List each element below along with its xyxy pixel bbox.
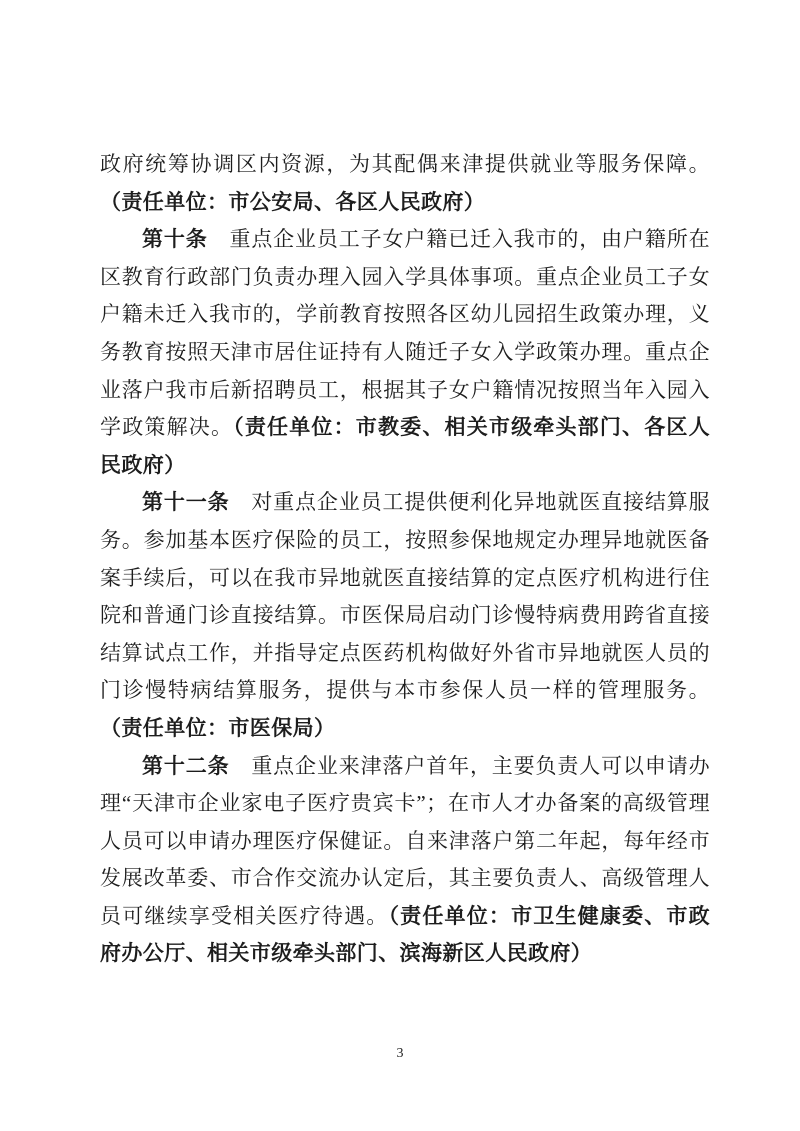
text-segment-body: 政府统筹协调区内资源，为其配偶来津提供就业等服务保障。 — [100, 152, 710, 176]
paragraph: 政府统筹协调区内资源，为其配偶来津提供就业等服务保障。（责任单位：市公安局、各区… — [100, 146, 710, 221]
text-segment-body: 重点企业员工子女户籍已迁入我市的，由户籍所在区教育行政部门负责办理入园入学具体事… — [100, 227, 710, 439]
text-segment-heading: 第十条 — [142, 227, 208, 251]
text-segment-heading: 第十一条 — [142, 490, 229, 514]
text-segment-heading: 第十二条 — [142, 754, 229, 778]
paragraph: 第十一条 对重点企业员工提供便利化异地就医直接结算服务。参加基本医疗保险的员工，… — [100, 484, 710, 747]
paragraph: 第十条 重点企业员工子女户籍已迁入我市的，由户籍所在区教育行政部门负责办理入园入… — [100, 221, 710, 484]
document-page: 政府统筹协调区内资源，为其配偶来津提供就业等服务保障。（责任单位：市公安局、各区… — [0, 0, 800, 1131]
paragraph: 第十二条 重点企业来津落户首年，主要负责人可以申请办理“天津市企业家电子医疗贵宾… — [100, 748, 710, 974]
text-segment-body: 对重点企业员工提供便利化异地就医直接结算服务。参加基本医疗保险的员工，按照参保地… — [100, 490, 710, 702]
page-number: 3 — [0, 1046, 800, 1062]
text-segment-resp: （责任单位：市公安局、各区人民政府） — [100, 190, 485, 214]
text-segment-resp: （责任单位：市医保局） — [100, 716, 335, 740]
document-body: 政府统筹协调区内资源，为其配偶来津提供就业等服务保障。（责任单位：市公安局、各区… — [100, 146, 710, 973]
text-segment-body: 重点企业来津落户首年，主要负责人可以申请办理“天津市企业家电子医疗贵宾卡”；在市… — [100, 754, 710, 928]
